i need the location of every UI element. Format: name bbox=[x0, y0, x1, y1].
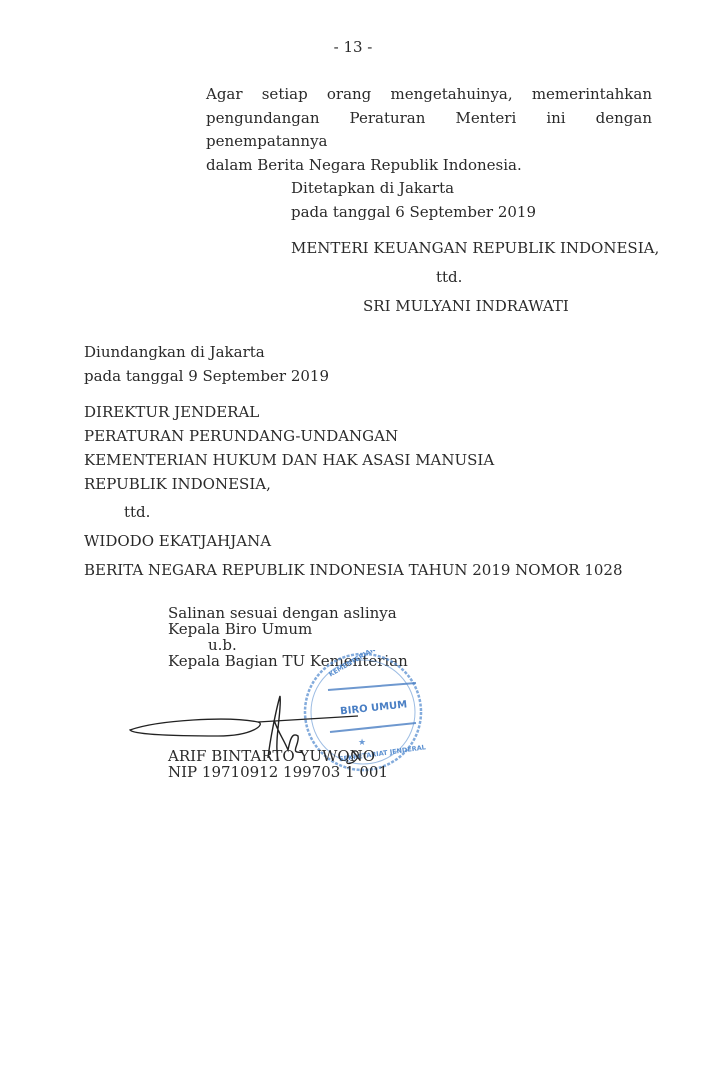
signatory-name: ARIF BINTARTO YUWONO bbox=[168, 748, 375, 764]
promulgation-title-line: REPUBLIK INDONESIA, bbox=[84, 475, 271, 494]
closing-paragraph: Agar setiap orang mengetahuinya, memerin… bbox=[206, 83, 652, 177]
enactment-title: MENTERI KEUANGAN REPUBLIK INDONESIA, bbox=[291, 239, 659, 258]
promulgation-title-line: KEMENTERIAN HUKUM DAN HAK ASASI MANUSIA bbox=[84, 451, 494, 470]
copy-line: Salinan sesuai dengan aslinya bbox=[168, 605, 397, 621]
gazette-reference: BERITA NEGARA REPUBLIK INDONESIA TAHUN 2… bbox=[84, 561, 623, 580]
signatory-nip: NIP 19710912 199703 1 001 bbox=[168, 764, 388, 780]
promulgation-title-line: DIREKTUR JENDERAL bbox=[84, 403, 259, 422]
promulgation-place: Diundangkan di Jakarta bbox=[84, 343, 265, 362]
paragraph-line: Agar setiap orang mengetahuinya, memerin… bbox=[206, 83, 652, 107]
stamp-ring-top: KEMENTERIAN KEUANGAN bbox=[327, 650, 414, 678]
promulgation-name: WIDODO EKATJAHJANA bbox=[84, 532, 271, 551]
enactment-name: SRI MULYANI INDRAWATI bbox=[363, 297, 569, 316]
paragraph-line: dalam Berita Negara Republik Indonesia. bbox=[206, 154, 652, 178]
enactment-signed: ttd. bbox=[436, 268, 462, 287]
copy-line: u.b. bbox=[208, 637, 237, 653]
enactment-date: pada tanggal 6 September 2019 bbox=[291, 203, 536, 222]
promulgation-date: pada tanggal 9 September 2019 bbox=[84, 367, 329, 386]
promulgation-title-line: PERATURAN PERUNDANG-UNDANGAN bbox=[84, 427, 398, 446]
paragraph-line: pengundangan Peraturan Menteri ini denga… bbox=[206, 107, 652, 154]
enactment-place: Ditetapkan di Jakarta bbox=[291, 179, 454, 198]
promulgation-signed: ttd. bbox=[124, 503, 150, 522]
copy-line: Kepala Biro Umum bbox=[168, 621, 312, 637]
page-number: - 13 - bbox=[0, 38, 706, 56]
